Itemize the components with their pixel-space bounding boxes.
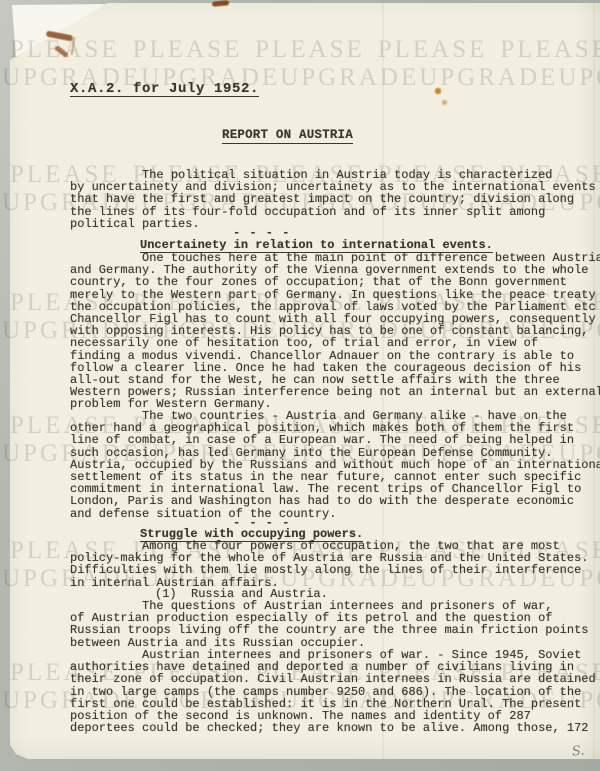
paragraph-one-touches: One touches here at the main point of di…: [70, 252, 600, 411]
handwritten-page-mark: S.: [571, 743, 585, 759]
document-reference-header: X.A.2. for July 1952.: [70, 83, 259, 97]
paragraph-two-countries: The two countries - Austria and Germany …: [70, 410, 600, 520]
intro-paragraph: The political situation in Austria today…: [70, 169, 596, 230]
paragraph-internees: Austrian internees and prisoners of war.…: [70, 649, 596, 734]
scanned-document-page: PLEASEPLEASEPLEASEPLEASEPLEASEUPGRADEUPG…: [0, 0, 600, 771]
paragraph-questions: The questions of Austrian internees and …: [70, 600, 588, 649]
document-title: REPORT ON AUSTRIA: [222, 129, 353, 144]
typed-content: X.A.2. for July 1952. REPORT ON AUSTRIA …: [0, 0, 600, 771]
paragraph-among-four-powers: Among the four powers of occupation, the…: [70, 540, 588, 589]
